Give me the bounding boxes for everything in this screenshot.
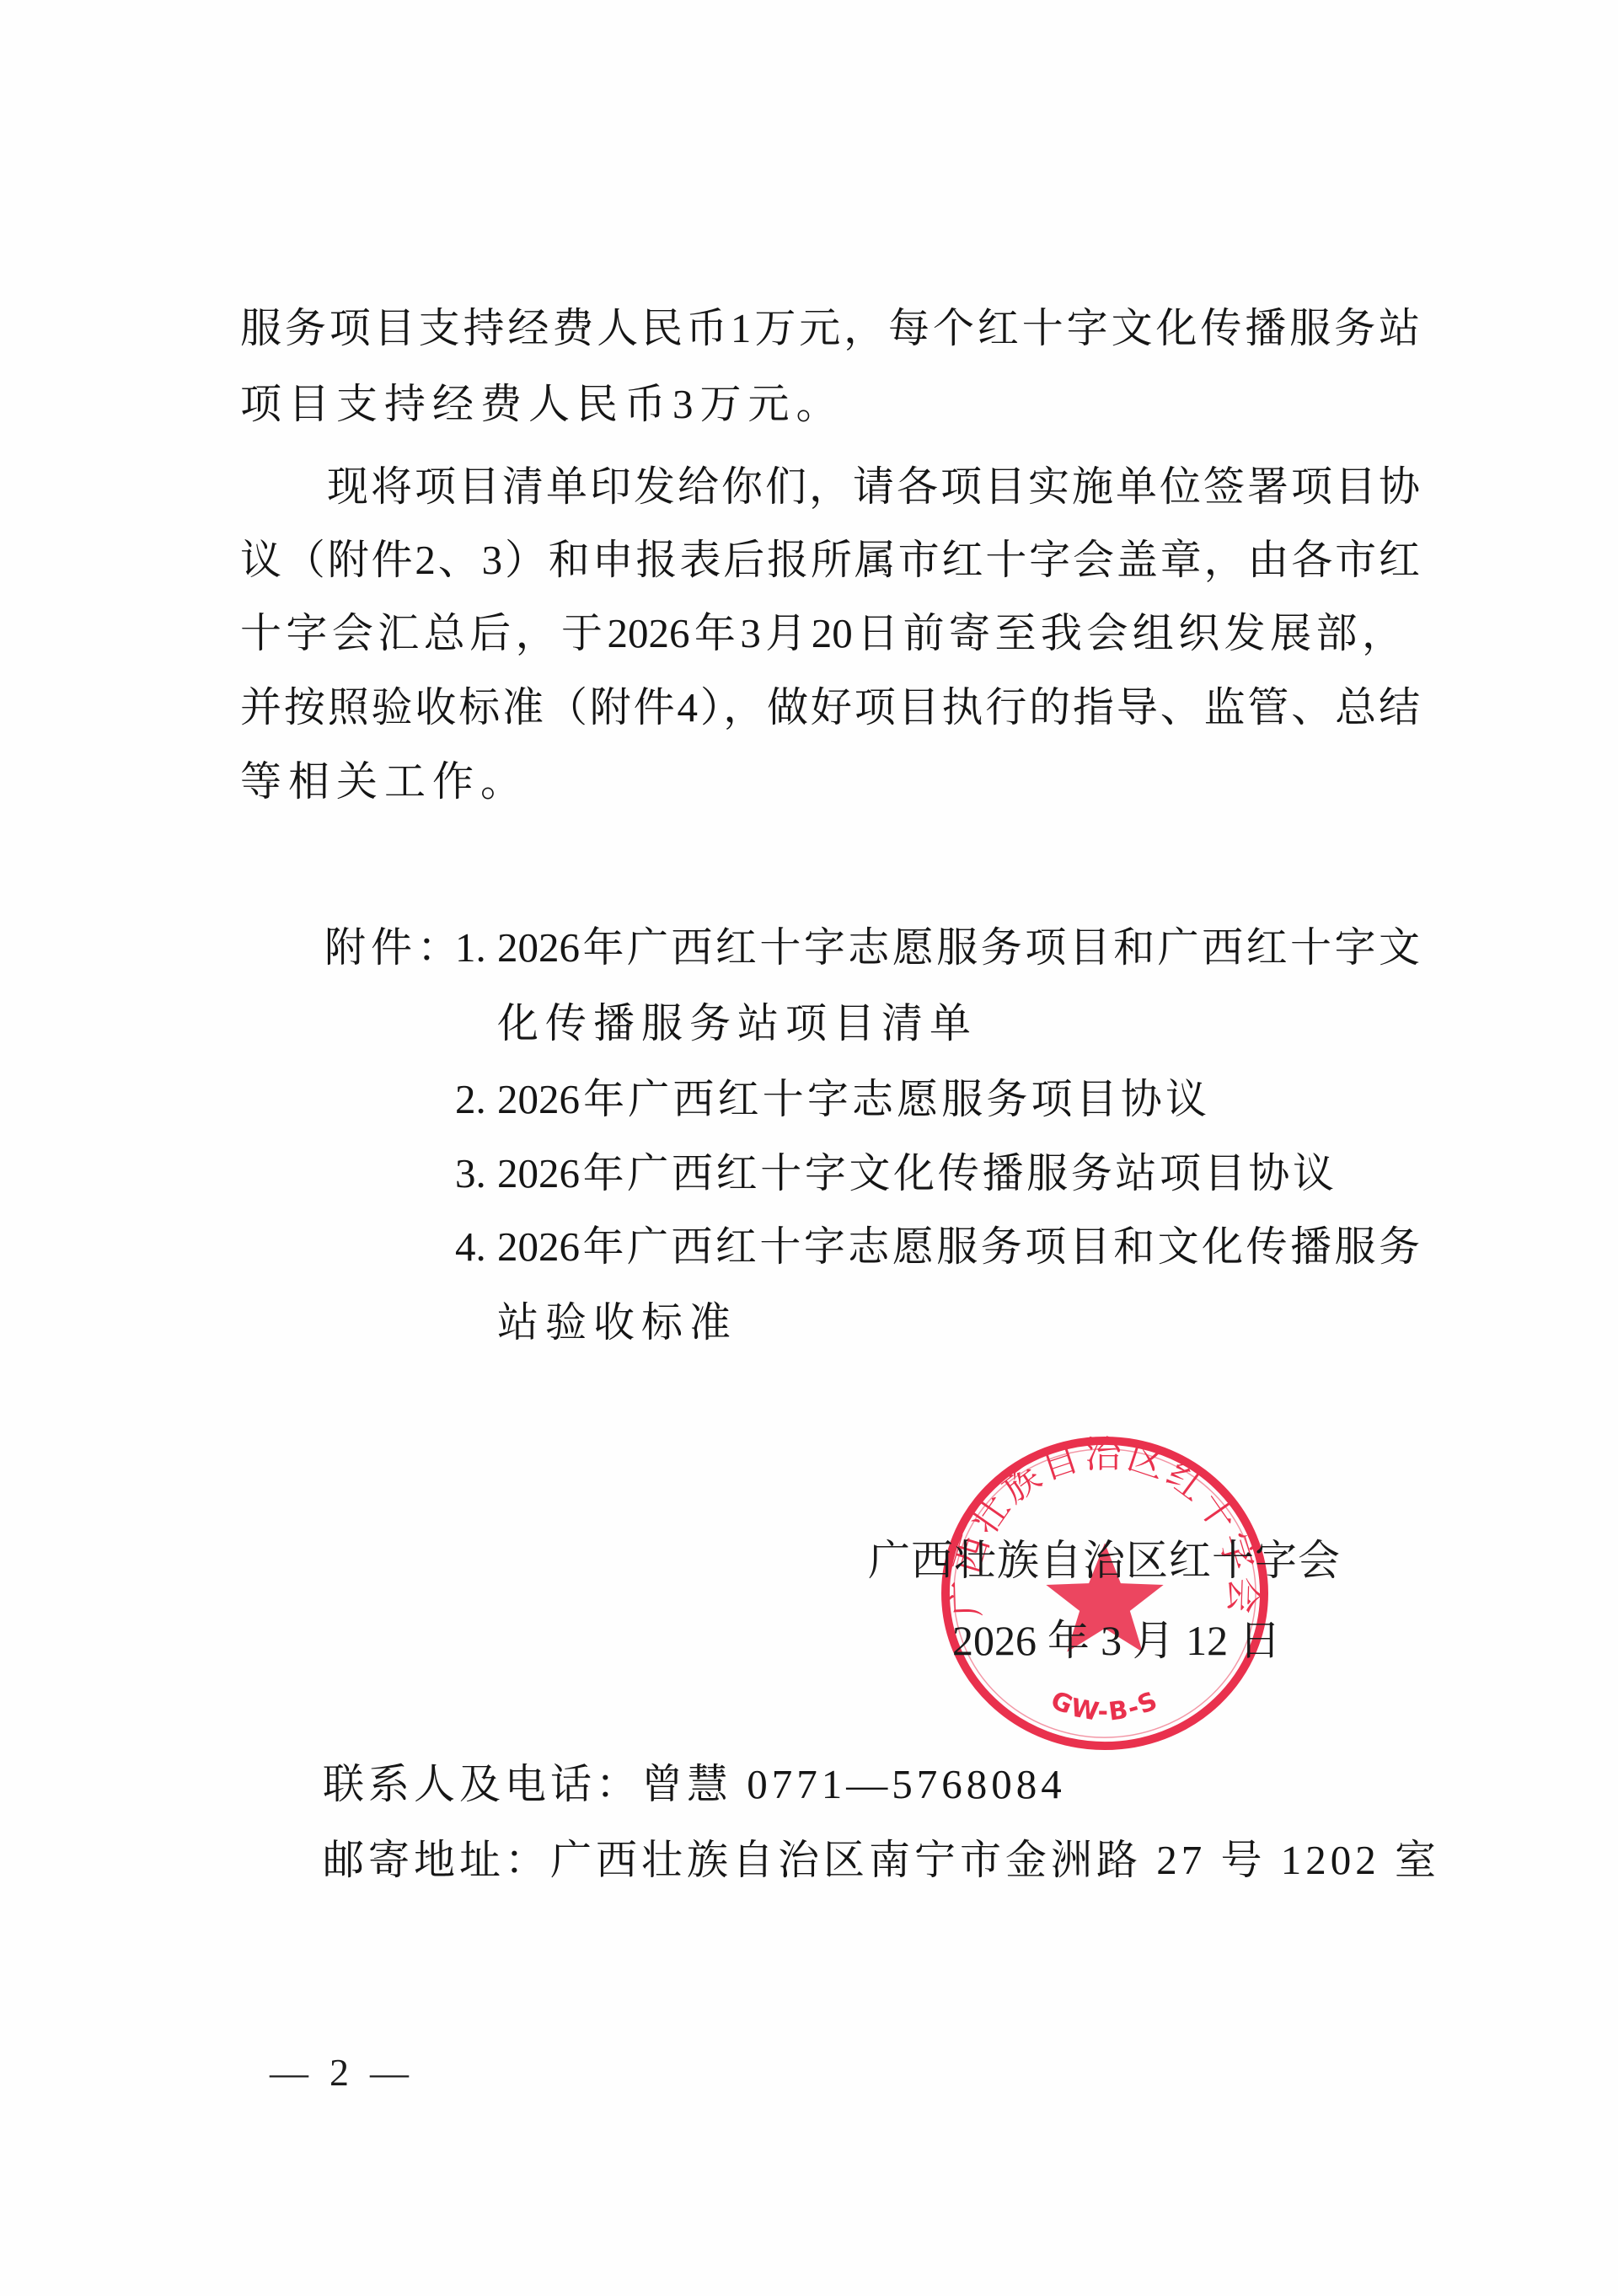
official-seal-stamp: 广西壮族自治区红十字会 GW-B-S xyxy=(937,1432,1272,1754)
contact-phone-line: 联系人及电话：曾慧 0771—5768084 xyxy=(323,1759,1066,1810)
paragraph-1-line-2: 项目支持经费人民币3万元。 xyxy=(240,379,844,430)
page-number: — 2 — xyxy=(270,2052,409,2094)
attachment-number: 1. xyxy=(455,923,486,973)
attachment-title-line-1[interactable]: 2026年广西红十字志愿服务项目和广西红十字文 xyxy=(497,923,1420,973)
document-page: 服务项目支持经费人民币1万元，每个红十字文化传播服务站 项目支持经费人民币3万元… xyxy=(0,0,1618,2296)
attachment-title-line-2[interactable]: 站验收标准 xyxy=(497,1298,737,1348)
paragraph-2-line-5: 等相关工作。 xyxy=(240,757,528,807)
paragraph-2-line-1: 现将项目清单印发给你们，请各项目实施单位签署项目协 xyxy=(327,462,1420,512)
paragraph-2-line-2: 议（附件2、3）和申报表后报所属市红十字会盖章，由各市红 xyxy=(240,535,1420,586)
paragraph-1-line-1: 服务项目支持经费人民币1万元，每个红十字文化传播服务站 xyxy=(240,303,1420,354)
svg-text:GW-B-S: GW-B-S xyxy=(1047,1685,1164,1727)
attachment-title-line-1[interactable]: 2026年广西红十字志愿服务项目和文化传播服务 xyxy=(497,1222,1420,1272)
attachments-label: 附件： xyxy=(324,923,463,973)
attachment-number: 2. xyxy=(455,1074,486,1125)
seal-icon: 广西壮族自治区红十字会 GW-B-S xyxy=(937,1432,1272,1754)
attachment-title-line-1[interactable]: 2026年广西红十字志愿服务项目协议 xyxy=(497,1074,1207,1125)
signature-date: 2026 年 3 月 12 日 xyxy=(952,1615,1281,1666)
paragraph-2-line-4: 并按照验收标准（附件4），做好项目执行的指导、监管、总结 xyxy=(240,682,1420,733)
contact-address-line: 邮寄地址：广西壮族自治区南宁市金洲路 27 号 1202 室 xyxy=(323,1835,1440,1886)
paragraph-2-line-3: 十字会汇总后，于2026年3月20日前寄至我会组织发展部， xyxy=(240,608,1403,659)
attachment-number: 3. xyxy=(455,1148,486,1199)
attachment-number: 4. xyxy=(455,1222,486,1272)
attachment-title-line-1[interactable]: 2026年广西红十字文化传播服务站项目协议 xyxy=(497,1148,1334,1199)
signature-organization: 广西壮族自治区红十字会 xyxy=(868,1535,1340,1586)
attachment-title-line-2[interactable]: 化传播服务站项目清单 xyxy=(497,998,978,1049)
